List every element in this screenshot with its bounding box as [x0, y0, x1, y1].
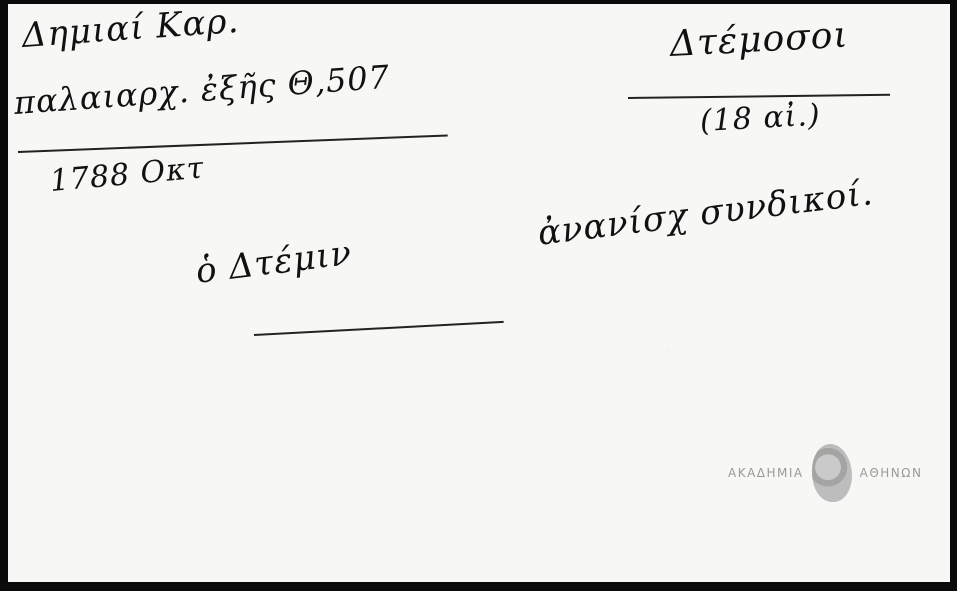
- academy-stamp: ΑΚΑΔΗΜΙΑ ΑΘΗΝΩΝ: [728, 444, 922, 502]
- index-card: Δημιαί Καρ. παλαιαρχ. ἐξῆς Θ,507 1788 Οκ…: [8, 4, 950, 582]
- source-line-1: Δημιαί Καρ.: [21, 1, 241, 56]
- divider-left: [18, 134, 448, 153]
- example-word-1: ὁ Δτέμιν: [194, 233, 355, 292]
- century-note: (18 αἰ.): [699, 98, 821, 139]
- source-line-2: παλαιαρχ. ἐξῆς Θ,507: [13, 58, 392, 122]
- stamp-left-text: ΑΚΑΔΗΜΙΑ: [728, 466, 804, 480]
- example-word-2: ἀνανίσχ συνδικοί.: [536, 173, 876, 254]
- stamp-right-text: ΑΘΗΝΩΝ: [860, 466, 923, 480]
- athena-head-icon: [812, 444, 852, 502]
- date-line: 1788 Οκτ: [48, 151, 205, 199]
- example-underline: [254, 321, 504, 336]
- headword: Δτέμοσοι: [669, 15, 850, 65]
- divider-right: [628, 94, 890, 99]
